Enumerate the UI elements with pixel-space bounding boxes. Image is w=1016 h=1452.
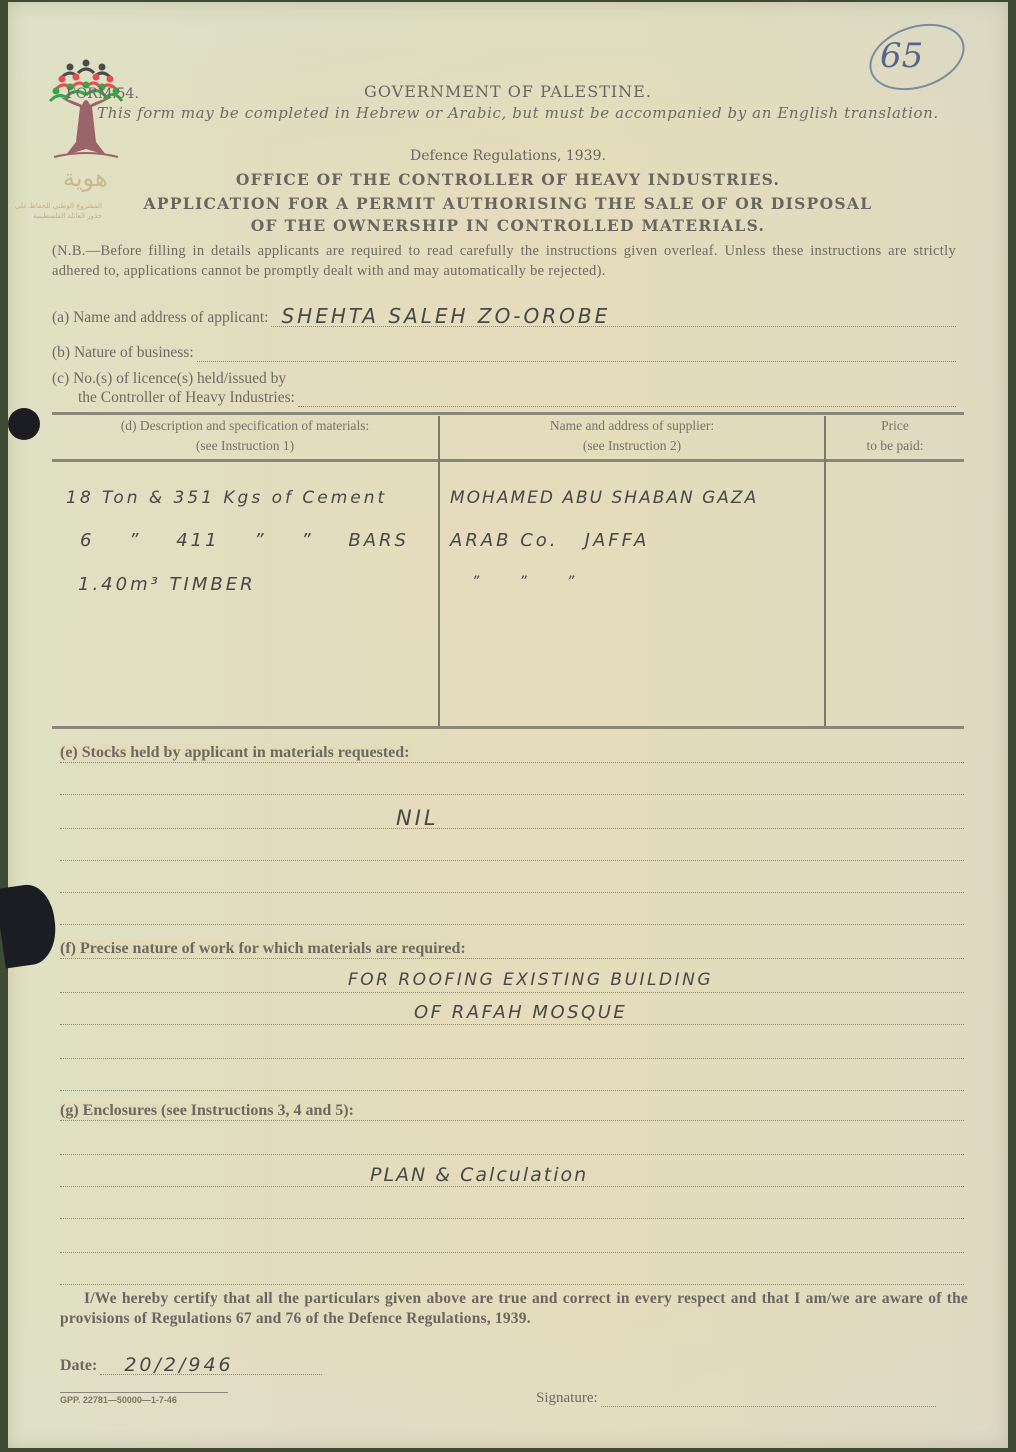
- stocks-line-5[interactable]: [60, 892, 964, 893]
- stocks-line-3[interactable]: [60, 828, 964, 829]
- field-date: Date: 20/2/946: [60, 1356, 322, 1375]
- work-nature-value-line-2: OF RAFAH MOSQUE: [414, 1002, 627, 1023]
- government-heading: GOVERNMENT OF PALESTINE.: [8, 82, 1008, 101]
- regulations-heading: Defence Regulations, 1939.: [8, 148, 1008, 164]
- document-page: 65 هوية المشروع الوطني للحفاظ على جذور ا…: [8, 2, 1008, 1448]
- work-nature-label: (f) Precise nature of work for which mat…: [60, 940, 469, 958]
- nature-of-business-label: (b) Nature of business:: [52, 344, 194, 362]
- column-header-description: (d) Description and specification of mat…: [52, 416, 438, 456]
- stocks-line-6[interactable]: [60, 924, 964, 925]
- office-heading: OFFICE OF THE CONTROLLER OF HEAVY INDUST…: [8, 170, 1008, 189]
- licence-label-line-1: (c) No.(s) of licence(s) held/issued by: [52, 370, 286, 388]
- stocks-line-2[interactable]: [60, 794, 964, 795]
- enclosures-value: PLAN & Calculation: [370, 1164, 588, 1186]
- enclosures-label: (g) Enclosures (see Instructions 3, 4 an…: [60, 1102, 357, 1120]
- work-line-2[interactable]: [60, 992, 964, 993]
- column-header-price: Price to be paid:: [826, 416, 964, 456]
- enclosures-line-1[interactable]: [60, 1120, 964, 1121]
- language-note: This form may be completed in Hebrew or …: [68, 104, 968, 123]
- licence-number-input[interactable]: [298, 388, 956, 407]
- nature-of-business-input[interactable]: [197, 343, 956, 362]
- work-line-3[interactable]: [60, 1024, 964, 1025]
- table-row-2-description[interactable]: 6 ” 411 ” ” BARS: [80, 530, 409, 551]
- instructions-notice: (N.B.—Before filling in details applican…: [52, 242, 956, 281]
- printer-code: GPP. 22781—50000—1-7-46: [60, 1395, 177, 1405]
- date-value: 20/2/946: [124, 1354, 233, 1376]
- enclosures-line-3[interactable]: [60, 1186, 964, 1187]
- table-row-3-description[interactable]: 1.40m³ TIMBER: [78, 574, 256, 595]
- table-row-1-supplier[interactable]: MOHAMED ABU SHABAN GAZA: [450, 488, 758, 508]
- table-top-rule: [52, 412, 964, 415]
- stocks-line-4[interactable]: [60, 860, 964, 861]
- applicant-name-value: SHEHTA SALEH ZO-OROBE: [281, 304, 610, 328]
- column-header-supplier: Name and address of supplier: (see Instr…: [440, 416, 824, 456]
- stocks-value: NIL: [396, 806, 439, 830]
- work-line-4[interactable]: [60, 1058, 964, 1059]
- field-nature-of-business: (b) Nature of business:: [52, 343, 956, 362]
- table-header-rule: [52, 459, 964, 462]
- form-title-line-1: APPLICATION FOR A PERMIT AUTHORISING THE…: [88, 193, 928, 215]
- signature-input[interactable]: [601, 1388, 936, 1407]
- folio-number: 65: [880, 36, 923, 76]
- table-row-1-description[interactable]: 18 Ton & 351 Kgs of Cement: [66, 488, 387, 508]
- materials-table: (d) Description and specification of mat…: [52, 412, 964, 730]
- table-column-divider: [438, 416, 440, 726]
- licence-label-line-2: the Controller of Heavy Industries:: [78, 389, 295, 407]
- date-input[interactable]: 20/2/946: [100, 1356, 322, 1375]
- certification-statement: I/We hereby certify that all the particu…: [60, 1289, 968, 1329]
- punch-hole: [8, 408, 40, 440]
- table-column-divider: [824, 416, 826, 726]
- enclosures-line-6[interactable]: [60, 1284, 964, 1285]
- form-title-line-2: OF THE OWNERSHIP IN CONTROLLED MATERIALS…: [88, 215, 928, 237]
- table-bottom-rule: [52, 726, 964, 729]
- stocks-label: (e) Stocks held by applicant in material…: [60, 744, 412, 762]
- enclosures-line-5[interactable]: [60, 1252, 964, 1253]
- work-nature-value-line-1: FOR ROOFING EXISTING BUILDING: [348, 970, 713, 990]
- field-signature: Signature:: [536, 1388, 936, 1407]
- work-line-1[interactable]: [60, 958, 964, 959]
- enclosures-line-4[interactable]: [60, 1218, 964, 1219]
- date-label: Date:: [60, 1357, 97, 1375]
- table-row-2-supplier[interactable]: ARAB Co. JAFFA: [450, 530, 649, 551]
- work-line-5[interactable]: [60, 1090, 964, 1091]
- printer-code-rule: [60, 1392, 228, 1393]
- stocks-line-1[interactable]: [60, 762, 964, 763]
- enclosures-line-2[interactable]: [60, 1154, 964, 1155]
- signature-label: Signature:: [536, 1390, 598, 1407]
- applicant-name-label: (a) Name and address of applicant:: [52, 309, 268, 327]
- field-licence-number: the Controller of Heavy Industries:: [78, 388, 956, 407]
- field-applicant-name: (a) Name and address of applicant: SHEHT…: [52, 308, 956, 327]
- form-title: APPLICATION FOR A PERMIT AUTHORISING THE…: [88, 193, 928, 237]
- table-row-3-supplier[interactable]: ” ” ”: [472, 574, 577, 590]
- applicant-name-input[interactable]: SHEHTA SALEH ZO-OROBE: [271, 308, 956, 327]
